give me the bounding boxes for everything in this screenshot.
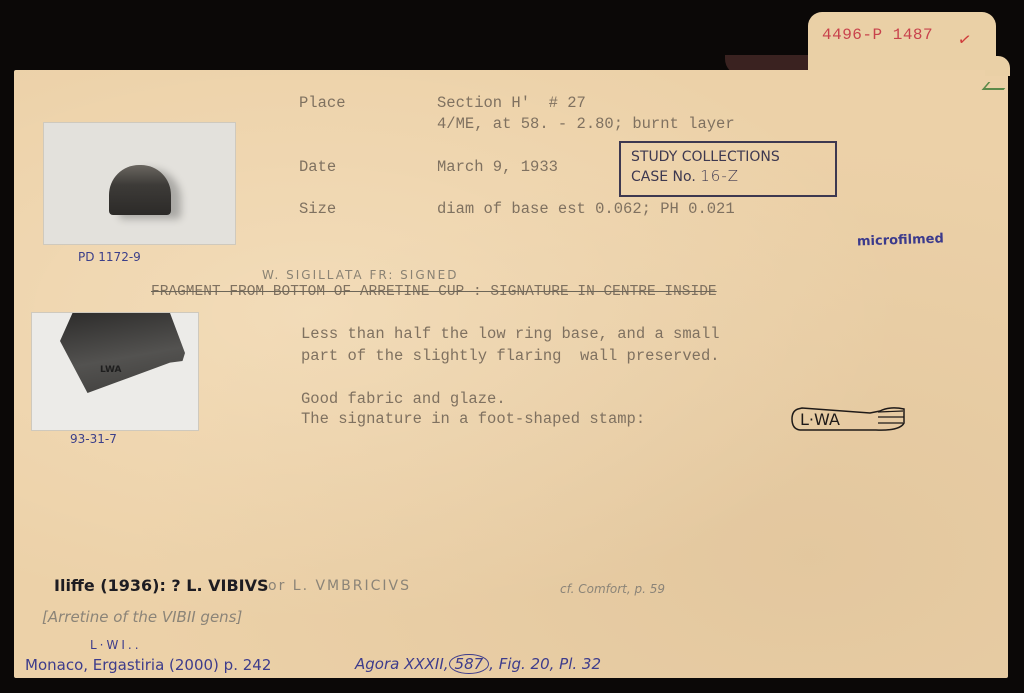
vibii-gens-note: [Arretine of the VIBII gens] xyxy=(42,608,242,626)
artifact-photo-2: LWA xyxy=(32,313,198,430)
svg-text:L·WA: L·WA xyxy=(800,410,840,429)
lwi-note: L·WI.. xyxy=(90,638,142,652)
stamp-line1: STUDY COLLECTIONS xyxy=(631,148,835,167)
microfilmed-stamp: microfilmed xyxy=(857,231,944,249)
tab-notch xyxy=(985,56,1010,76)
notes-line2: The signature in a foot-shaped stamp: xyxy=(301,410,645,428)
shard-image xyxy=(60,313,185,393)
date-value: March 9, 1933 xyxy=(437,158,558,176)
notes-line1: Good fabric and glaze. xyxy=(301,390,506,408)
stamp-case-label: CASE No. xyxy=(631,169,696,185)
stamp-case-number: 16-Z xyxy=(700,167,739,185)
description-line1: Less than half the low ring base, and a … xyxy=(301,325,720,343)
agora-suffix: , Fig. 20, Pl. 32 xyxy=(489,655,601,673)
place-value-line1: Section H' # 27 xyxy=(437,94,586,112)
agora-number-circled: 587 xyxy=(449,654,490,674)
foot-shaped-stamp-icon: L·WA xyxy=(790,403,906,433)
photo-1-label: PD 1172-9 xyxy=(78,250,141,264)
description-line2: part of the slightly flaring wall preser… xyxy=(301,347,720,365)
study-collections-stamp: STUDY COLLECTIONS CASE No. 16-Z xyxy=(619,141,837,197)
size-value: diam of base est 0.062; PH 0.021 xyxy=(437,200,735,218)
photo-2-label: 93-31-7 xyxy=(70,432,117,446)
comfort-reference: cf. Comfort, p. 59 xyxy=(560,582,665,596)
agora-prefix: Agora XXXII, xyxy=(355,655,449,673)
vmbricius-note: or L. VMBRICIVS xyxy=(268,578,411,594)
place-value-line2: 4/ME, at 58. - 2.80; burnt layer xyxy=(437,115,735,133)
catalog-number: 4496-P 1487 xyxy=(822,26,933,44)
monaco-reference: Monaco, Ergastiria (2000) p. 242 xyxy=(25,656,271,674)
artifact-photo-1 xyxy=(44,123,235,244)
shard-image xyxy=(109,165,171,215)
agora-reference: Agora XXXII,587, Fig. 20, Pl. 32 xyxy=(355,654,601,674)
handwritten-title: W. SIGILLATA FR: SIGNED xyxy=(262,268,458,282)
place-label: Place xyxy=(299,94,346,112)
shard-stamp-text: LWA xyxy=(100,365,122,375)
iliffe-note: Iliffe (1936): ? L. VIBIVS xyxy=(54,576,269,595)
size-label: Size xyxy=(299,200,336,218)
date-label: Date xyxy=(299,158,336,176)
typed-title-struck: FRAGMENT FROM BOTTOM OF ARRETINE CUP : S… xyxy=(151,284,717,300)
